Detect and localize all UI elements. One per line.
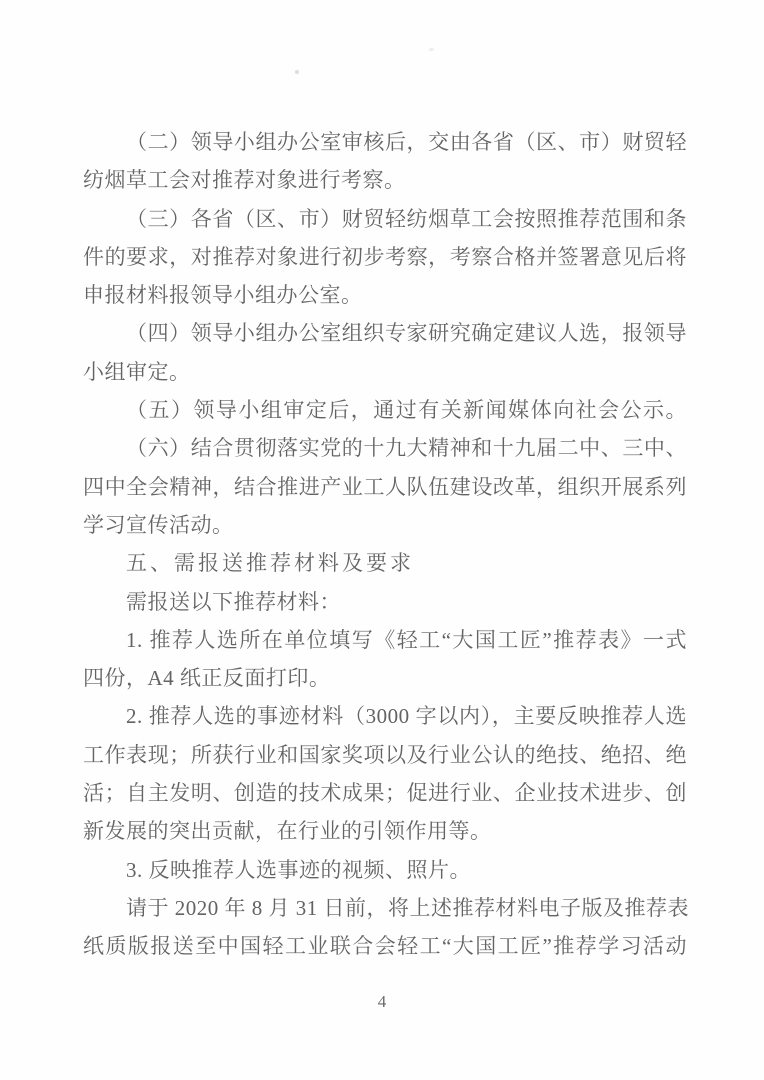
doc-line: 五、需报送推荐材料及要求	[83, 544, 687, 582]
doc-line: 3. 反映推荐人选事迹的视频、照片。	[83, 851, 687, 889]
doc-line: 请于 2020 年 8 月 31 日前，将上述推荐材料电子版及推荐表	[83, 889, 687, 927]
doc-line: （六）结合贯彻落实党的十九大精神和十九届二中、三中、	[83, 429, 687, 467]
doc-line: 1. 推荐人选所在单位填写《轻工“大国工匠”推荐表》一式	[83, 621, 687, 659]
doc-line: 小组审定。	[83, 353, 687, 391]
doc-line: 纸质版报送至中国轻工业联合会轻工“大国工匠”推荐学习活动	[83, 927, 687, 965]
doc-line: 件的要求，对推荐对象进行初步考察，考察合格并签署意见后将	[83, 238, 687, 276]
doc-line: 工作表现；所获行业和国家奖项以及行业公认的绝技、绝招、绝	[83, 736, 687, 774]
page-number: 4	[0, 992, 764, 1012]
doc-line: （四）领导小组办公室组织专家研究确定建议人选，报领导	[83, 314, 687, 352]
doc-line: 申报材料报领导小组办公室。	[83, 276, 687, 314]
doc-line: 学习宣传活动。	[83, 506, 687, 544]
doc-line: （三）各省（区、市）财贸轻纺烟草工会按照推荐范围和条	[83, 200, 687, 238]
doc-line: （二）领导小组办公室审核后，交由各省（区、市）财贸轻	[83, 123, 687, 161]
doc-line: 四份，A4 纸正反面打印。	[83, 659, 687, 697]
doc-line: （五）领导小组审定后，通过有关新闻媒体向社会公示。	[83, 391, 687, 429]
doc-line: 纺烟草工会对推荐对象进行考察。	[83, 161, 687, 199]
scanned-document-page: （二）领导小组办公室审核后，交由各省（区、市）财贸轻纺烟草工会对推荐对象进行考察…	[0, 0, 764, 1080]
scan-speck	[295, 70, 299, 74]
doc-line: 2. 推荐人选的事迹材料（3000 字以内），主要反映推荐人选	[83, 697, 687, 735]
doc-line: 四中全会精神，结合推进产业工人队伍建设改革，组织开展系列	[83, 468, 687, 506]
doc-line: 活；自主发明、创造的技术成果；促进行业、企业技术进步、创	[83, 774, 687, 812]
scan-speck	[429, 48, 434, 51]
document-body: （二）领导小组办公室审核后，交由各省（区、市）财贸轻纺烟草工会对推荐对象进行考察…	[83, 123, 687, 966]
doc-line: 需报送以下推荐材料：	[83, 583, 687, 621]
doc-line: 新发展的突出贡献，在行业的引领作用等。	[83, 812, 687, 850]
